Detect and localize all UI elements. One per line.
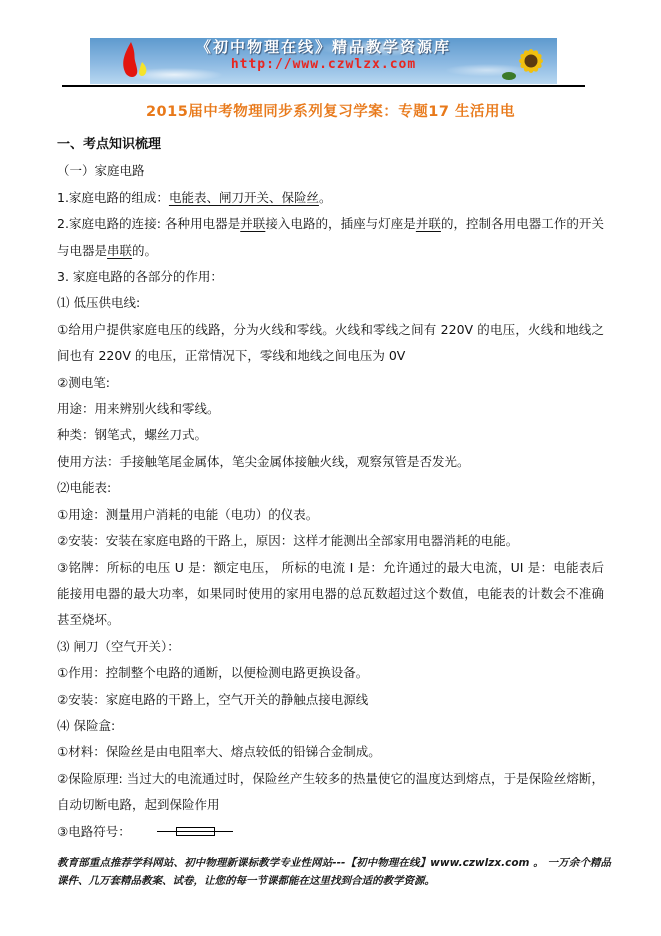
- text-run: ⑴ 低压供电线:: [57, 295, 140, 310]
- paragraph: ⑵电能表:: [57, 475, 604, 501]
- banner-rule: 《初中物理在线》精品教学资源库 http://www.czwlzx.com: [62, 38, 585, 87]
- text-run: ①用途：测量用户消耗的电能（电功）的仪表。: [57, 507, 318, 522]
- paragraph: ①用途：测量用户消耗的电能（电功）的仪表。: [57, 502, 604, 528]
- paragraph: 1.家庭电路的组成：电能表、闸刀开关、保险丝。: [57, 185, 604, 211]
- footer-promo-text: 教育部重点推荐学科网站、初中物理新课标教学专业性网站---【初中物理在线】www…: [57, 854, 611, 890]
- text-run: 一、考点知识梳理: [57, 137, 161, 152]
- text-run: （一）家庭电路: [57, 163, 145, 178]
- paragraph: ⑶ 闸刀（空气开关）：: [57, 634, 604, 660]
- paragraph: 种类：钢笔式，螺丝刀式。: [57, 422, 604, 448]
- text-run: 1.家庭电路的组成：: [57, 190, 169, 205]
- text-run: 使用方法：手接触笔尾金属体，笔尖金属体接触火线，观察氖管是否发光。: [57, 454, 470, 469]
- document-page: 《初中物理在线》精品教学资源库 http://www.czwlzx.com: [0, 0, 661, 936]
- text-run: ②保险原理: 当过大的电流通过时，保险丝产生较多的热量使它的温度达到熔点，于是保…: [57, 771, 604, 812]
- text-run: ⑷ 保险盒:: [57, 718, 115, 733]
- paragraph: ①材料：保险丝是由电阻率大、熔点较低的铅锑合金制成。: [57, 739, 604, 765]
- paragraph: ③铭牌：所标的电压 U 是：额定电压， 所标的电流 I 是：允许通过的最大电流，…: [57, 555, 604, 634]
- text-run: ①材料：保险丝是由电阻率大、熔点较低的铅锑合金制成。: [57, 744, 381, 759]
- banner-site-url[interactable]: http://www.czwlzx.com: [90, 58, 557, 71]
- text-run: ⑶ 闸刀（空气开关）：: [57, 639, 180, 654]
- text-run: ②测电笔:: [57, 375, 110, 390]
- paragraph: （一）家庭电路: [57, 158, 604, 184]
- paragraph: ②保险原理: 当过大的电流通过时，保险丝产生较多的热量使它的温度达到熔点，于是保…: [57, 766, 604, 819]
- paragraph: ⑷ 保险盒:: [57, 713, 604, 739]
- paragraph: ②安装：安装在家庭电路的干路上，原因：这样才能测出全部家用电器消耗的电能。: [57, 528, 604, 554]
- banner-text-block: 《初中物理在线》精品教学资源库 http://www.czwlzx.com: [90, 40, 557, 71]
- fuse-symbol-paragraph: ③电路符号：: [57, 819, 604, 845]
- underlined-answer-text: 并联: [240, 216, 265, 231]
- text-run: ①作用：控制整个电路的通断，以便检测电路更换设备。: [57, 665, 368, 680]
- text-run: ①给用户提供家庭电压的线路，分为火线和零线。火线和零线之间有 220V 的电压，…: [57, 322, 604, 363]
- site-banner: 《初中物理在线》精品教学资源库 http://www.czwlzx.com: [90, 38, 557, 84]
- underlined-answer-text: 并联: [416, 216, 441, 231]
- paragraph: 2.家庭电路的连接: 各种用电器是并联接入电路的，插座与灯座是并联的，控制各用电…: [57, 211, 604, 264]
- paragraph: 3. 家庭电路的各部分的作用：: [57, 264, 604, 290]
- text-run: ②安装：安装在家庭电路的干路上，原因：这样才能测出全部家用电器消耗的电能。: [57, 533, 518, 548]
- underlined-answer-text: 电能表、闸刀开关、保险丝: [169, 190, 319, 205]
- text-run: ②安装：家庭电路的干路上，空气开关的静触点接电源线: [57, 692, 368, 707]
- text-run: 2.家庭电路的连接: 各种用电器是: [57, 216, 240, 231]
- page-title: 2015届中考物理同步系列复习学案：专题17 生活用电: [0, 100, 661, 121]
- underlined-answer-text: 串联: [107, 243, 132, 258]
- text-run: 用途：用来辨别火线和零线。: [57, 401, 220, 416]
- document-body: 一、考点知识梳理（一）家庭电路1.家庭电路的组成：电能表、闸刀开关、保险丝。2.…: [57, 132, 604, 845]
- text-run: 3. 家庭电路的各部分的作用：: [57, 269, 223, 284]
- text-run: 接入电路的，插座与灯座是: [265, 216, 416, 231]
- paragraph: ①作用：控制整个电路的通断，以便检测电路更换设备。: [57, 660, 604, 686]
- paragraph: 用途：用来辨别火线和零线。: [57, 396, 604, 422]
- paragraph: ②测电笔:: [57, 370, 604, 396]
- paragraph: ⑴ 低压供电线:: [57, 290, 604, 316]
- paragraph: 使用方法：手接触笔尾金属体，笔尖金属体接触火线，观察氖管是否发光。: [57, 449, 604, 475]
- text-run: 的。: [132, 243, 157, 258]
- paragraph: ①给用户提供家庭电压的线路，分为火线和零线。火线和零线之间有 220V 的电压，…: [57, 317, 604, 370]
- text-run: ⑵电能表:: [57, 480, 111, 495]
- text-run: ③铭牌：所标的电压 U 是：额定电压， 所标的电流 I 是：允许通过的最大电流，…: [57, 560, 604, 628]
- text-run: 种类：钢笔式，螺丝刀式。: [57, 427, 207, 442]
- fuse-symbol-icon: [157, 826, 233, 838]
- banner-site-title: 《初中物理在线》精品教学资源库: [90, 40, 557, 55]
- paragraph: ②安装：家庭电路的干路上，空气开关的静触点接电源线: [57, 687, 604, 713]
- section-heading: 一、考点知识梳理: [57, 132, 604, 158]
- text-run: 。: [319, 190, 332, 205]
- sunflower-icon: [501, 42, 547, 86]
- text-run: ③电路符号：: [57, 824, 131, 839]
